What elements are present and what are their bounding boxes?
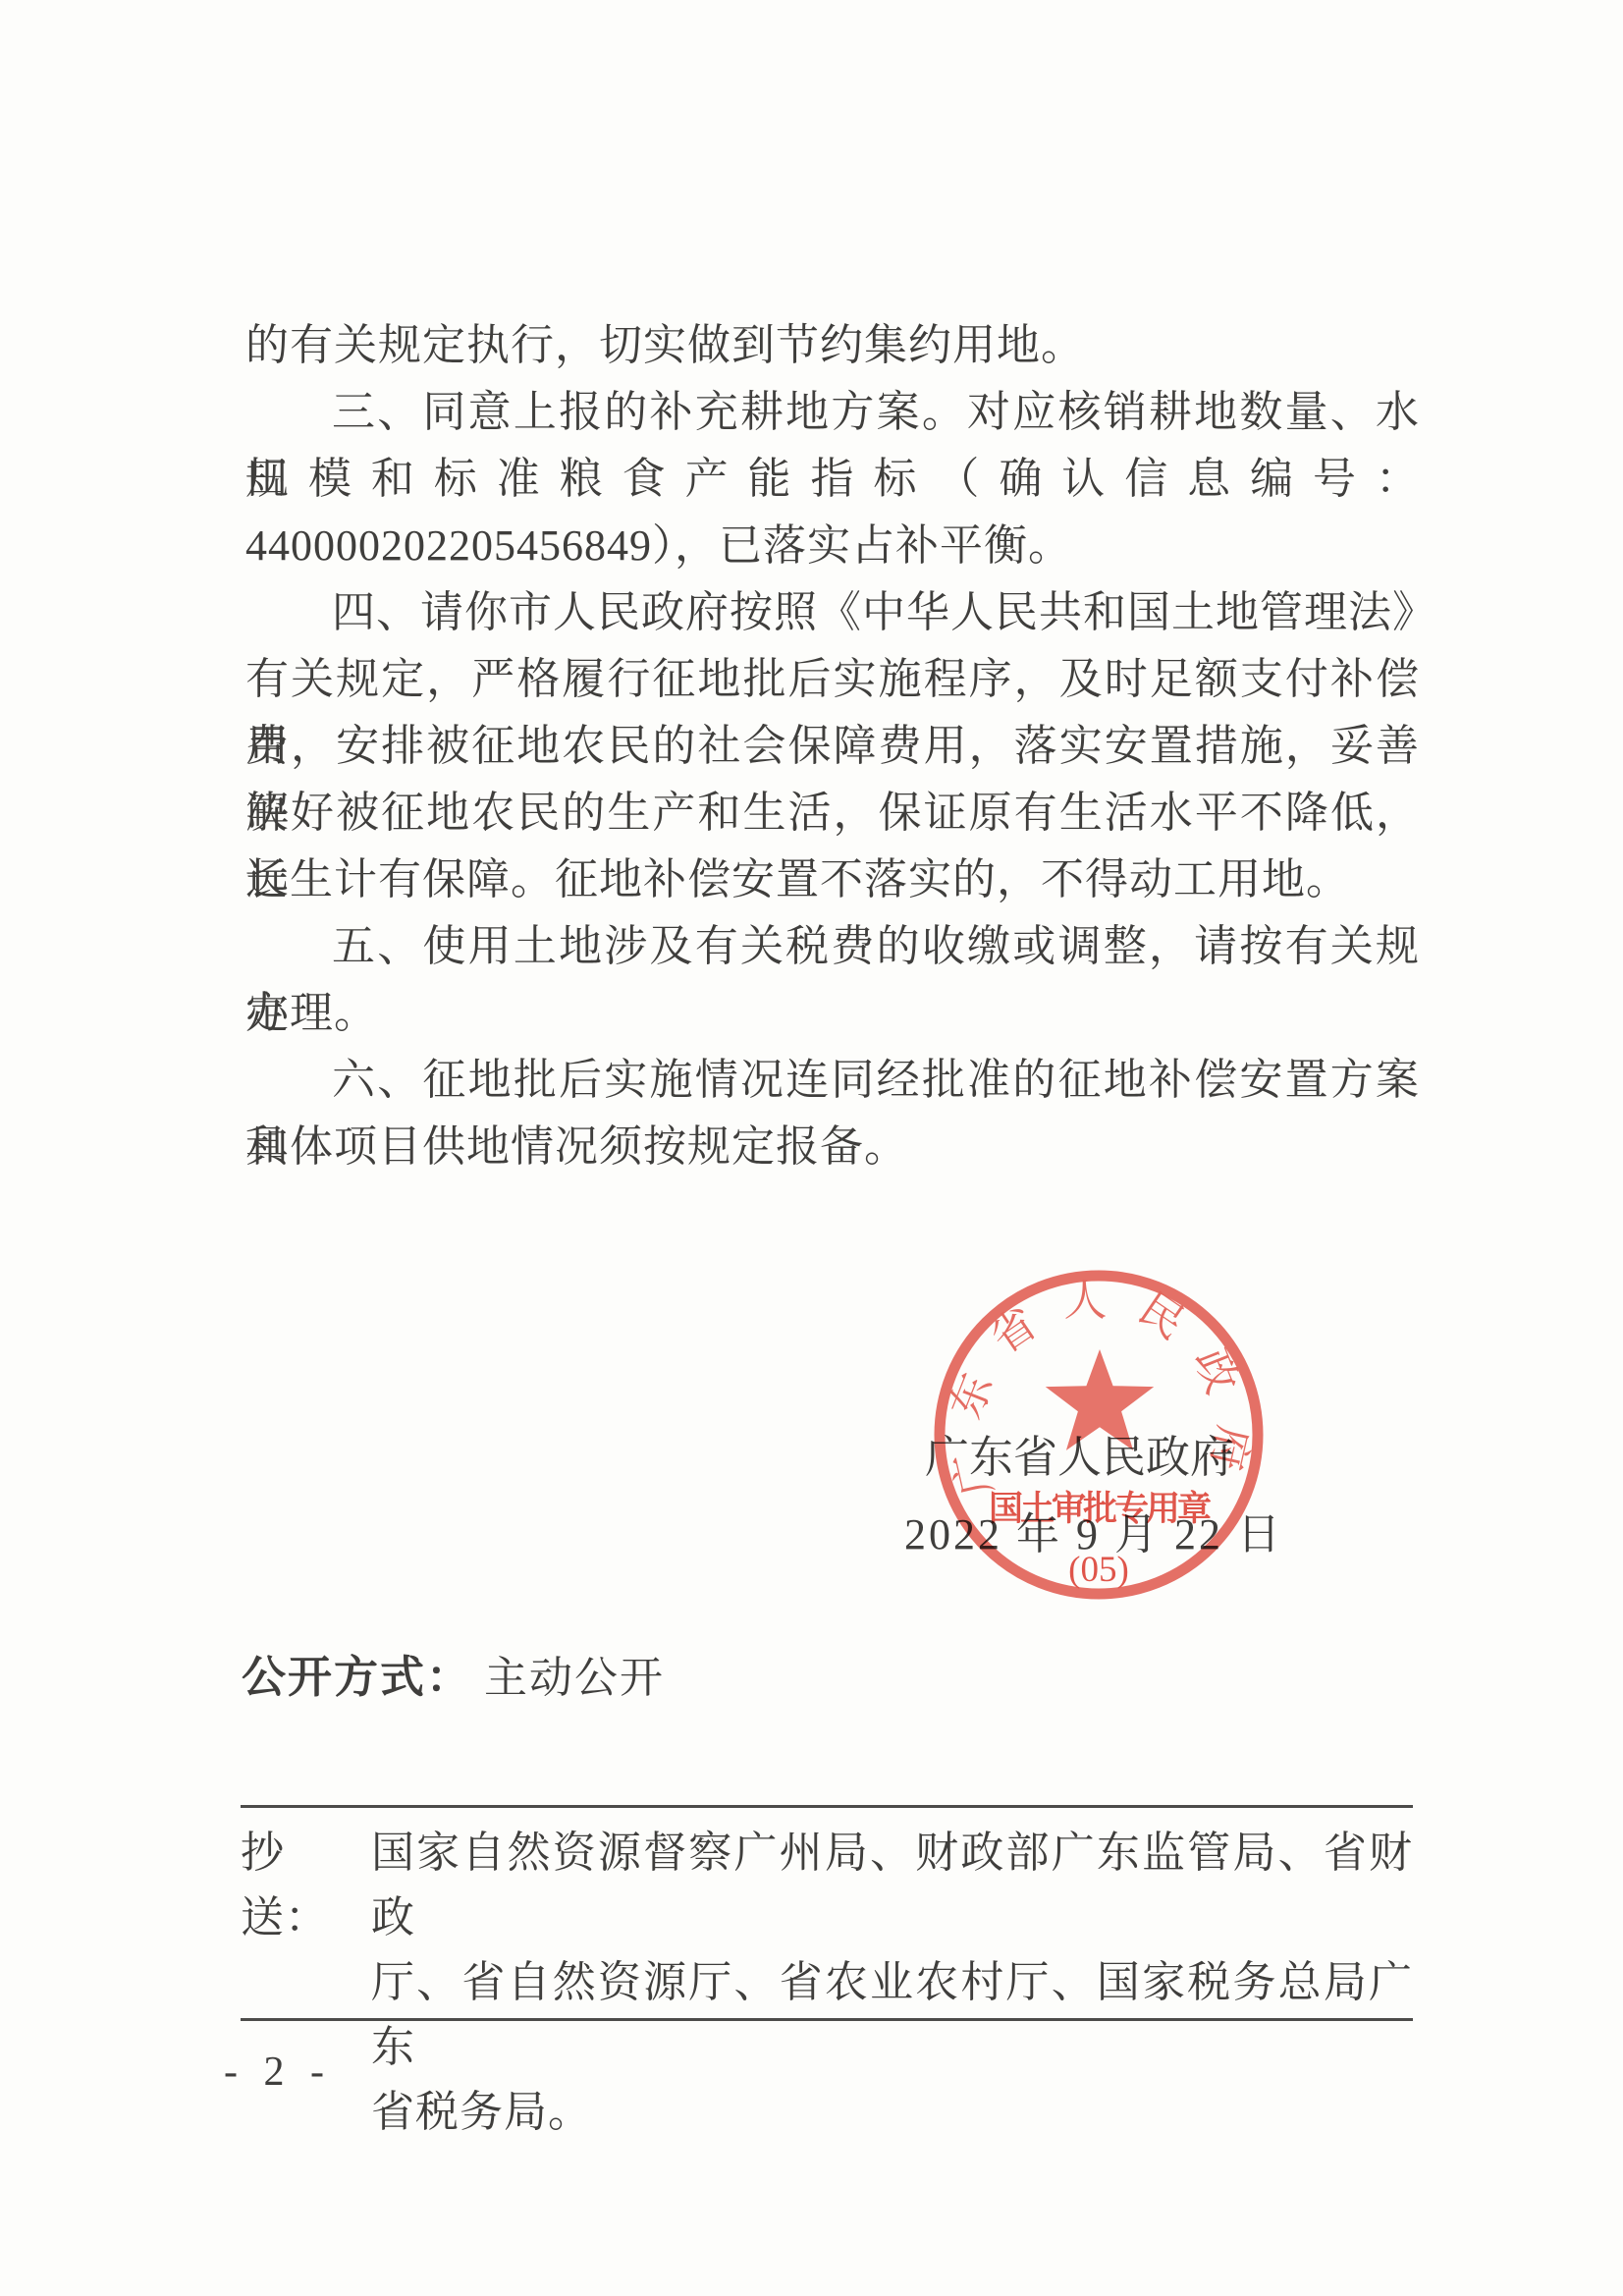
body-line: 办理。 [245,980,1420,1047]
official-seal: 广东省人民政府 国土审批专用章 (05) [921,1257,1276,1613]
disclosure-line: 公开方式：主动公开 [242,1650,665,1706]
body-line: 三、同意上报的补充耕地方案。对应核销耕地数量、水田 [245,379,1420,446]
cc-line: 省税务局。 [241,2080,1413,2145]
document-page: 的有关规定执行，切实做到节约集约用地。 三、同意上报的补充耕地方案。对应核销耕地… [0,0,1623,2296]
cc-label: 抄送： [241,1821,371,1950]
seal-star-icon [1046,1349,1154,1450]
body-line: 用，安排被征地农民的社会保障费用，落实安置措施，妥善解 [245,713,1420,780]
body-line: 远生计有保障。征地补偿安置不落实的，不得动工用地。 [245,847,1420,913]
disclosure-value: 主动公开 [484,1654,665,1702]
disclosure-label: 公开方式： [242,1652,472,1702]
body-line: 有关规定，严格履行征地批后实施程序，及时足额支付补偿费 [245,646,1420,713]
body-line: 四、请你市人民政府按照《中华人民共和国土地管理法》 [245,579,1420,646]
body-line: 规模和标准粮食产能指标（确认信息编号： [245,446,1420,513]
body-line: 决好被征地农民的生产和生活，保证原有生活水平不降低，长 [245,780,1420,847]
seal-inner-text: 国土审批专用章 [989,1489,1212,1528]
cc-line: 国家自然资源督察广州局、财政部广东监管局、省财政 [371,1821,1413,1950]
page-number: - 2 - [224,2049,332,2096]
body-line: 具体项目供地情况须按规定报备。 [245,1114,1420,1180]
seal-sub-number: (05) [1068,1550,1129,1590]
body-text-block: 的有关规定执行，切实做到节约集约用地。 三、同意上报的补充耕地方案。对应核销耕地… [245,312,1420,1180]
body-line: 的有关规定执行，切实做到节约集约用地。 [245,312,1420,379]
cc-block: 抄送： 国家自然资源督察广州局、财政部广东监管局、省财政 厅、省自然资源厅、省农… [241,1805,1413,2021]
body-line: 五、使用土地涉及有关税费的收缴或调整，请按有关规定 [245,913,1420,980]
body-line: 440000202205456849），已落实占补平衡。 [245,513,1420,579]
cc-row: 抄送： 国家自然资源督察广州局、财政部广东监管局、省财政 [241,1821,1413,1950]
body-line: 六、征地批后实施情况连同经批准的征地补偿安置方案和 [245,1047,1420,1114]
cc-line: 厅、省自然资源厅、省农业农村厅、国家税务总局广东 [241,1950,1413,2080]
